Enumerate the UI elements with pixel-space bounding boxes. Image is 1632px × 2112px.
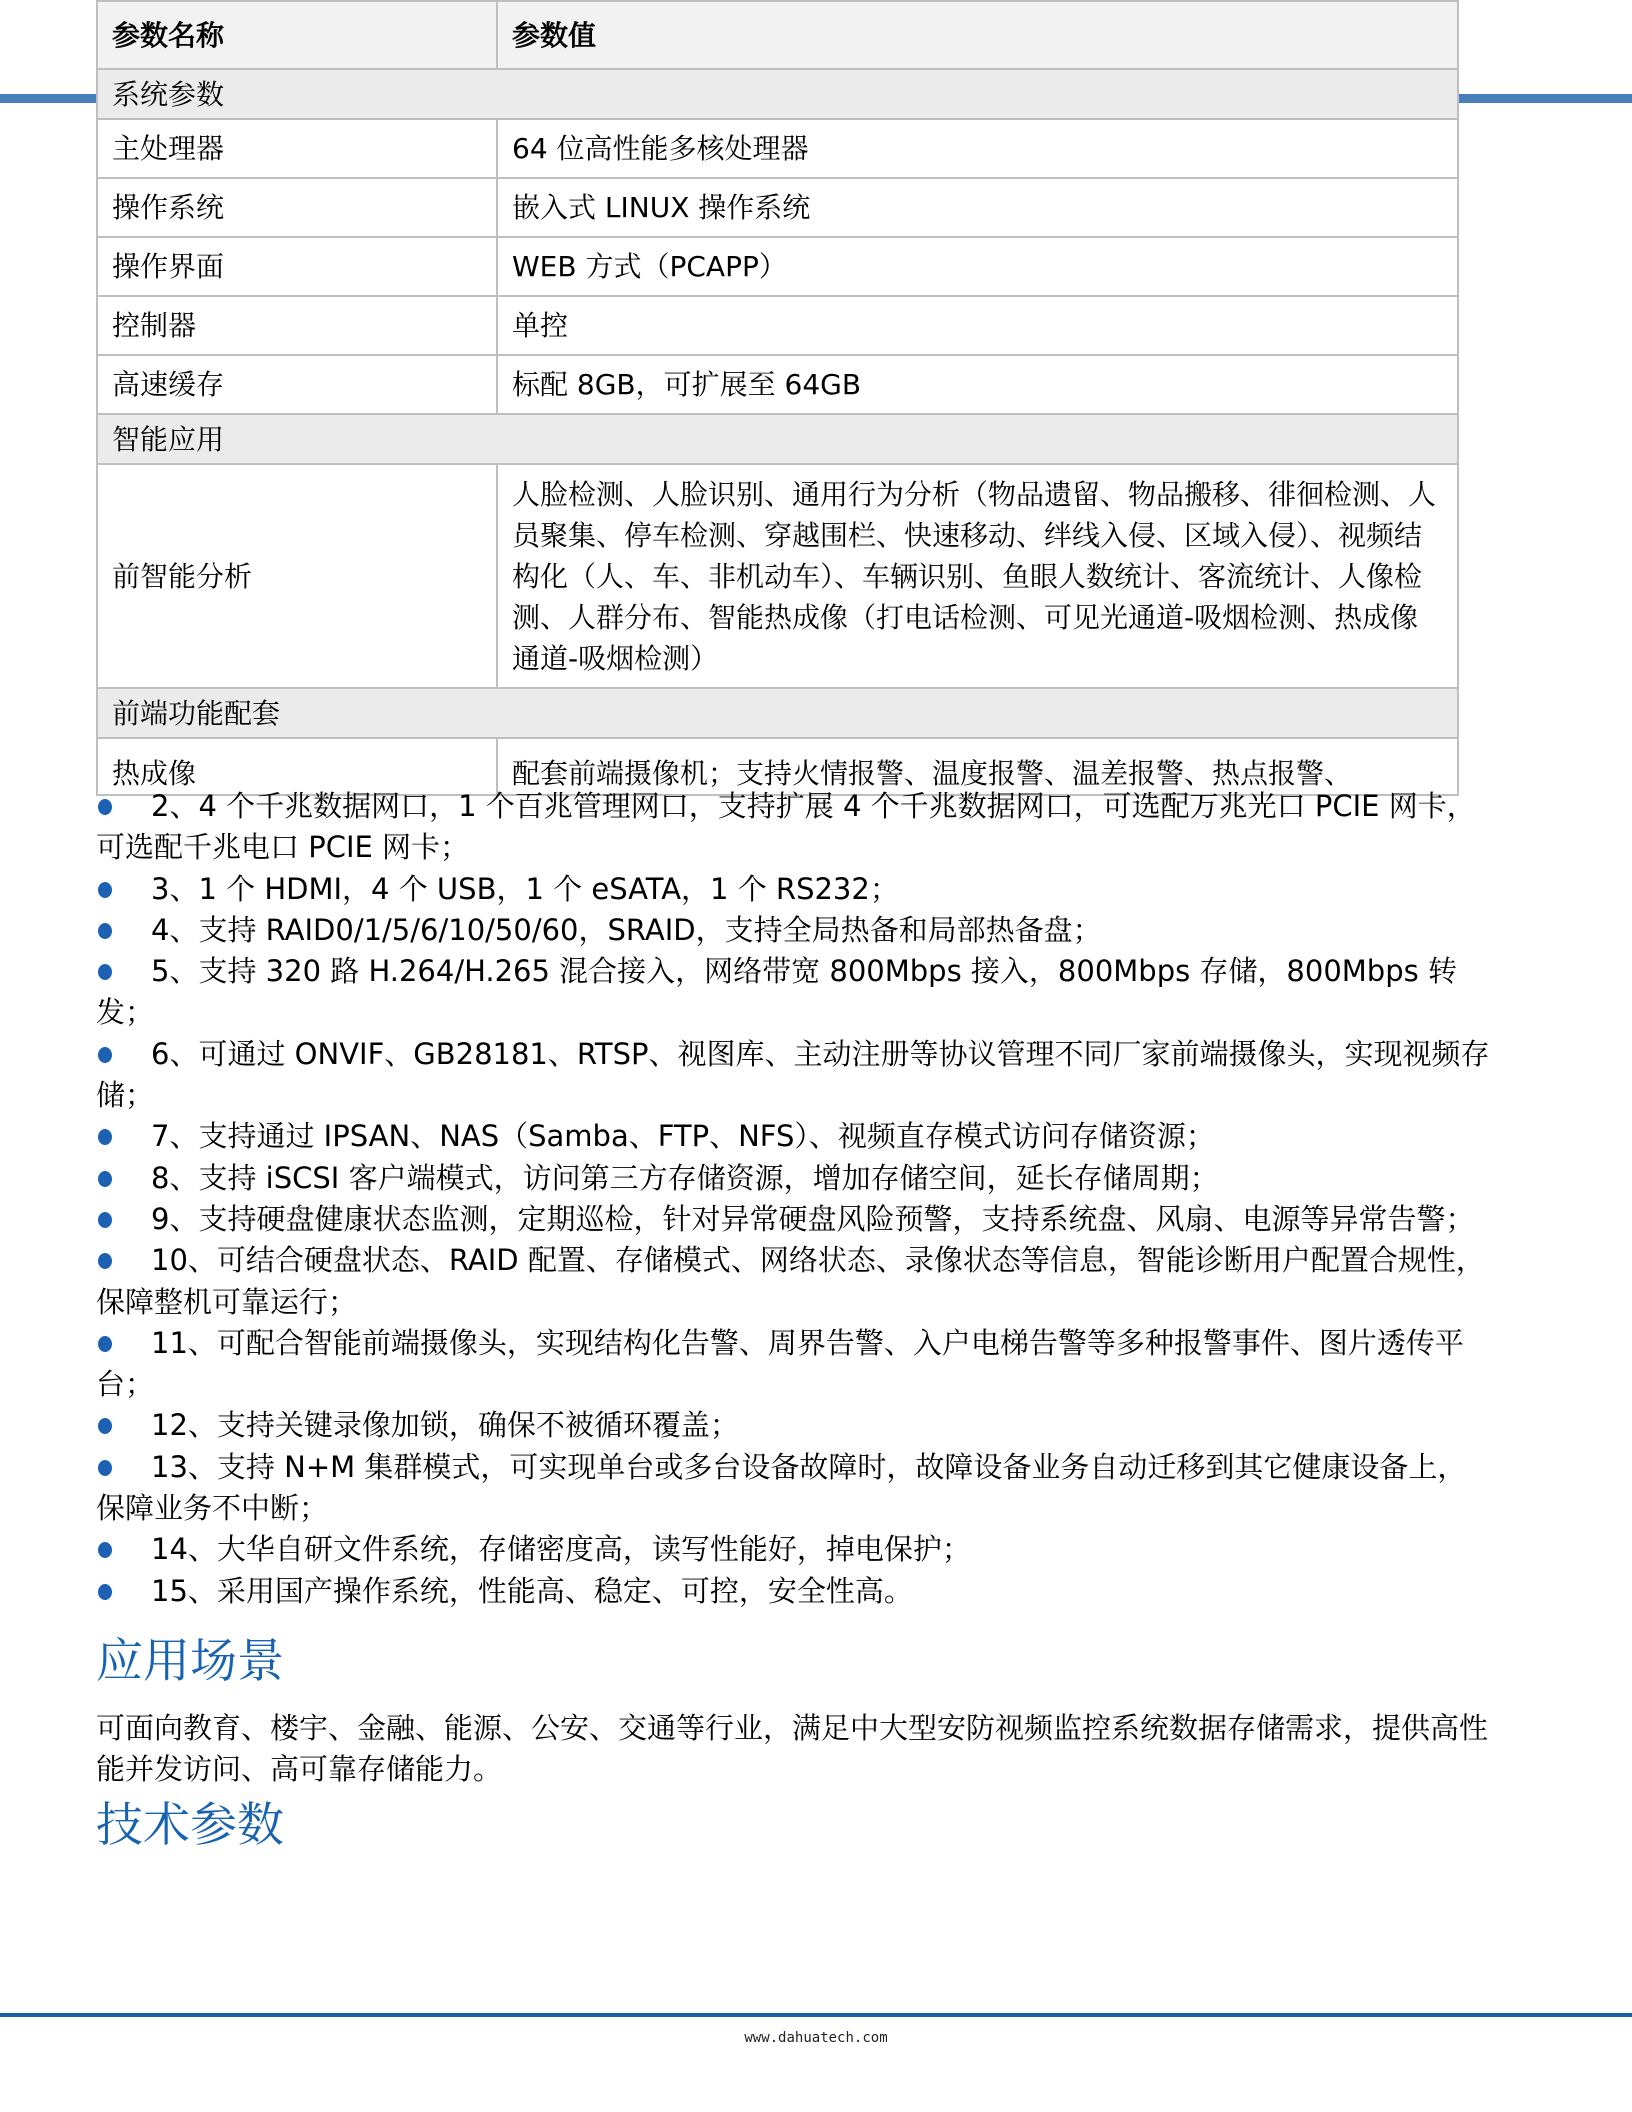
- feature-list: 2、4 个千兆数据网口，1 个百兆管理网口，支持扩展 4 个千兆数据网口，可选配…: [96, 786, 1490, 1612]
- column-header-param-name: 参数名称: [97, 1, 497, 69]
- param-value: 嵌入式 LINUX 操作系统: [497, 178, 1458, 237]
- bullet-icon: [98, 964, 112, 980]
- feature-item: 7、支持通过 IPSAN、NAS（Samba、FTP、NFS）、视频直存模式访问…: [96, 1116, 1490, 1157]
- param-name: 控制器: [97, 296, 497, 355]
- application-paragraph: 可面向教育、楼宇、金融、能源、公安、交通等行业，满足中大型安防视频监控系统数据存…: [96, 1708, 1496, 1790]
- section-row-frontend: 前端功能配套: [97, 688, 1458, 738]
- table-row: 控制器 单控: [97, 296, 1458, 355]
- spec-table: 参数名称 参数值 系统参数 主处理器 64 位高性能多核处理器 操作系统 嵌入式…: [96, 0, 1459, 796]
- feature-item: 4、支持 RAID0/1/5/6/10/50/60，SRAID，支持全局热备和局…: [96, 910, 1490, 951]
- param-value: 标配 8GB，可扩展至 64GB: [497, 355, 1458, 414]
- table-row: 操作界面 WEB 方式（PCAPP）: [97, 237, 1458, 296]
- bullet-icon: [98, 1584, 112, 1600]
- header-rule-right: [1457, 94, 1632, 103]
- param-name: 主处理器: [97, 119, 497, 178]
- bullet-icon: [98, 1212, 112, 1228]
- table-row: 高速缓存 标配 8GB，可扩展至 64GB: [97, 355, 1458, 414]
- param-name: 前智能分析: [97, 464, 497, 688]
- feature-item: 12、支持关键录像加锁，确保不被循环覆盖；: [96, 1405, 1490, 1446]
- bullet-icon: [98, 1542, 112, 1558]
- column-header-param-value: 参数值: [497, 1, 1458, 69]
- bullet-icon: [98, 1129, 112, 1145]
- bullet-icon: [98, 1047, 112, 1063]
- bullet-icon: [98, 1418, 112, 1434]
- feature-item: 14、大华自研文件系统，存储密度高，读写性能好，掉电保护；: [96, 1529, 1490, 1570]
- feature-item: 13、支持 N+M 集群模式，可实现单台或多台设备故障时，故障设备业务自动迁移到…: [96, 1447, 1490, 1530]
- table-row: 主处理器 64 位高性能多核处理器: [97, 119, 1458, 178]
- section-title: 智能应用: [97, 414, 1458, 464]
- feature-item: 3、1 个 HDMI，4 个 USB，1 个 eSATA，1 个 RS232；: [96, 869, 1490, 910]
- table-row: 前智能分析 人脸检测、人脸识别、通用行为分析（物品遗留、物品搬移、徘徊检测、人员…: [97, 464, 1458, 688]
- section-row-system: 系统参数: [97, 69, 1458, 119]
- feature-item: 5、支持 320 路 H.264/H.265 混合接入，网络带宽 800Mbps…: [96, 951, 1490, 1034]
- header-rule-left: [0, 94, 96, 103]
- bullet-icon: [98, 923, 112, 939]
- feature-item: 8、支持 iSCSI 客户端模式，访问第三方存储资源，增加存储空间，延长存储周期…: [96, 1158, 1490, 1199]
- param-name: 操作界面: [97, 237, 497, 296]
- bullet-icon: [98, 882, 112, 898]
- footer-rule: [0, 2013, 1632, 2017]
- section-row-smart-app: 智能应用: [97, 414, 1458, 464]
- bullet-icon: [98, 1336, 112, 1352]
- feature-item: 6、可通过 ONVIF、GB28181、RTSP、视图库、主动注册等协议管理不同…: [96, 1034, 1490, 1117]
- application-heading: 应用场景: [96, 1634, 284, 1690]
- table-header-row: 参数名称 参数值: [97, 1, 1458, 69]
- section-title: 系统参数: [97, 69, 1458, 119]
- tech-params-heading: 技术参数: [96, 1798, 284, 1854]
- param-name: 高速缓存: [97, 355, 497, 414]
- feature-item: 11、可配合智能前端摄像头，实现结构化告警、周界告警、入户电梯告警等多种报警事件…: [96, 1323, 1490, 1406]
- section-title: 前端功能配套: [97, 688, 1458, 738]
- bullet-icon: [98, 1253, 112, 1269]
- feature-item: 10、可结合硬盘状态、RAID 配置、存储模式、网络状态、录像状态等信息，智能诊…: [96, 1240, 1490, 1323]
- param-value: WEB 方式（PCAPP）: [497, 237, 1458, 296]
- param-name: 操作系统: [97, 178, 497, 237]
- bullet-icon: [98, 1460, 112, 1476]
- feature-item: 15、采用国产操作系统，性能高、稳定、可控，安全性高。: [96, 1571, 1490, 1612]
- bullet-icon: [98, 1171, 112, 1187]
- param-value: 单控: [497, 296, 1458, 355]
- bullet-icon: [98, 799, 112, 815]
- feature-item: 9、支持硬盘健康状态监测，定期巡检，针对异常硬盘风险预警，支持系统盘、风扇、电源…: [96, 1199, 1490, 1240]
- table-row: 操作系统 嵌入式 LINUX 操作系统: [97, 178, 1458, 237]
- footer-url[interactable]: www.dahuatech.com: [0, 2030, 1632, 2046]
- param-value: 64 位高性能多核处理器: [497, 119, 1458, 178]
- param-value: 人脸检测、人脸识别、通用行为分析（物品遗留、物品搬移、徘徊检测、人员聚集、停车检…: [497, 464, 1458, 688]
- feature-item: 2、4 个千兆数据网口，1 个百兆管理网口，支持扩展 4 个千兆数据网口，可选配…: [96, 786, 1490, 869]
